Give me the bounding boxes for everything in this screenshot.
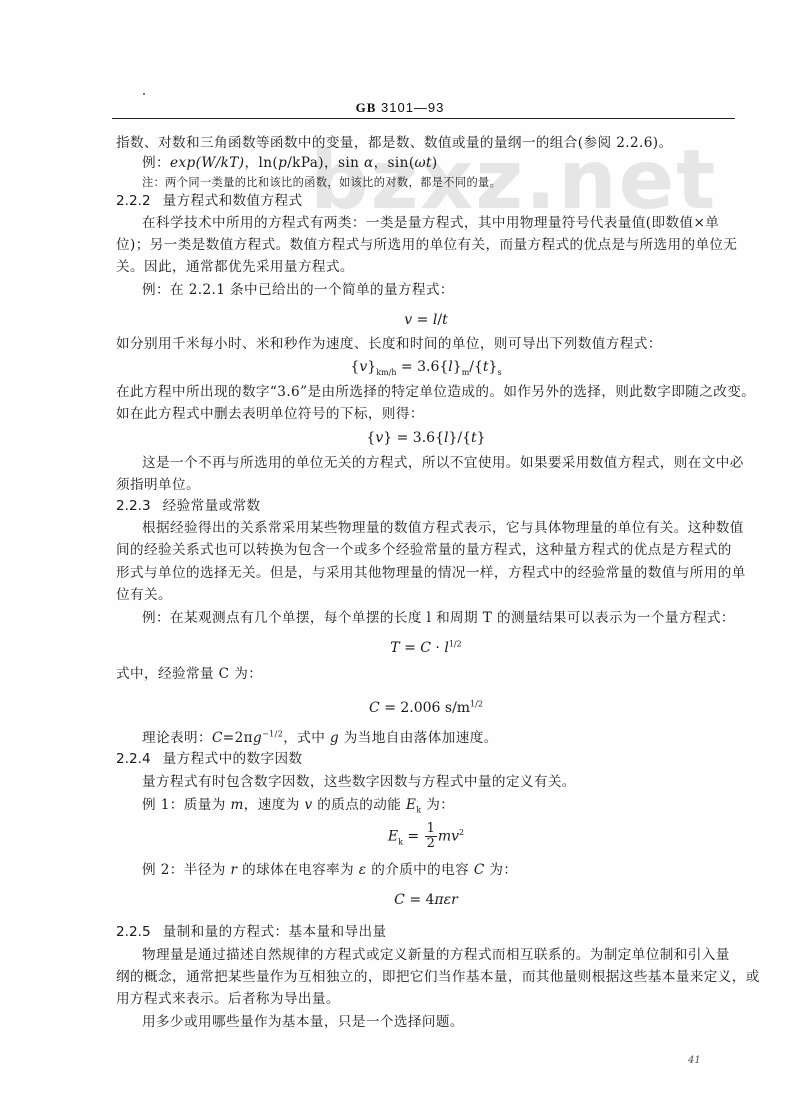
example-expressions: exp(W/kT)，ln(p/kPa)，sin α，sin(ωt) xyxy=(170,155,438,171)
formula-numeric-no-units: {v} = 3.6{l}/{t} xyxy=(116,428,736,448)
example-text: 例：在 2.2.1 条中已给出的一个简单的量方程式： xyxy=(142,281,454,299)
running-header: GB 3101—93 xyxy=(0,100,800,116)
section-number: 2.2.3 xyxy=(116,498,151,514)
example-text: 例 2：半径为 r 的球体在电容率为 ε 的介质中的电容 C 为： xyxy=(142,861,517,879)
section-number: 2.2.4 xyxy=(116,751,151,767)
section-number: 2.2.5 xyxy=(116,924,151,940)
section-title: 量方程式和数值方程式 xyxy=(163,193,303,209)
formula-v-equals-l-over-t: v = l/t xyxy=(116,310,736,330)
paragraph-line: 关。因此，通常都优先采用量方程式。 xyxy=(116,258,354,276)
paragraph-line: 如在此方程式中删去表明单位符号的下标，则得： xyxy=(116,405,424,423)
paragraph-line: 用多少或用哪些量作为基本量，只是一个选择问题。 xyxy=(142,1013,464,1031)
paragraph-line: 这是一个不再与所选用的单位无关的方程式，所以不宜使用。如果要采用数值方程式，则在… xyxy=(142,454,744,472)
paragraph-line: 纲的概念，通常把某些量作为互相独立的，即把它们当作基本量，而其他量则根据这些基本… xyxy=(116,968,760,986)
formula-empirical-constant: C = 2.006 s/m1/2 xyxy=(116,698,736,718)
header-rule xyxy=(112,118,735,119)
paragraph-line: 位有关。 xyxy=(116,586,172,604)
section-number: 2.2.2 xyxy=(116,193,151,209)
example-label: 例： xyxy=(142,155,170,171)
standard-code: GB xyxy=(356,100,377,115)
section-title: 经验常量或常数 xyxy=(163,498,261,514)
example-text: 例 1：质量为 m，速度为 v 的质点的动能 Ek 为： xyxy=(142,796,454,814)
paragraph-line: 式中，经验常量 C 为： xyxy=(116,665,262,683)
section-heading-2-2-4: 2.2.4量方程式中的数字因数 xyxy=(116,750,303,768)
paragraph-line: 根据经验得出的关系常采用某些物理量的数值方程式表示，它与具体物理量的单位有关。这… xyxy=(142,519,744,537)
section-title: 量方程式中的数字因数 xyxy=(163,751,303,767)
standard-number: 3101—93 xyxy=(381,100,444,115)
formula-pendulum: T = C · l1/2 xyxy=(116,638,736,658)
paragraph-line: 形式与单位的选择无关。但是，与采用其他物理量的情况一样，方程式中的经验常量的数值… xyxy=(116,564,746,582)
paragraph-line: 指数、对数和三角函数等函数中的变量，都是数、数值或量的量纲一的组合(参阅 2.2… xyxy=(116,134,673,152)
formula-numeric-kmh: {v}km/h = 3.6{l}m/{t}s xyxy=(116,357,736,377)
paragraph-line: 位)；另一类是数值方程式。数值方程式与所选用的单位有关，而量方程式的优点是与所选… xyxy=(116,236,737,254)
document-page: GB 3101—93 bzxz.net 指数、对数和三角函数等函数中的变量，都是… xyxy=(0,0,800,1110)
paragraph-line: 间的经验关系式也可以转换为包含一个或多个经验常量的量方程式，这种量方程式的优点是… xyxy=(116,541,732,559)
paragraph-line: 如分别用千米每小时、米和秒作为速度、长度和时间的单位，则可导出下列数值方程式： xyxy=(116,335,662,353)
paragraph-line: 理论表明：C=2πg−1/2，式中 g 为当地自由落体加速度。 xyxy=(142,729,498,747)
section-title: 量制和量的方程式：基本量和导出量 xyxy=(163,924,387,940)
formula-capacitance: C = 4πεr xyxy=(116,890,736,910)
section-heading-2-2-2: 2.2.2量方程式和数值方程式 xyxy=(116,192,303,210)
scan-speck xyxy=(143,93,145,95)
note: 注：两个同一类量的比和该比的函数，如该比的对数，都是不同的量。 xyxy=(142,174,501,192)
paragraph-line: 物理量是通过描述自然规律的方程式或定义新量的方程式而相互联系的。为制定单位制和引… xyxy=(142,946,730,964)
section-heading-2-2-5: 2.2.5量制和量的方程式：基本量和导出量 xyxy=(116,923,387,941)
page-number: 41 xyxy=(688,1055,701,1066)
intro-example: 例：exp(W/kT)，ln(p/kPa)，sin α，sin(ωt) xyxy=(142,154,438,172)
paragraph-line: 在科学技术中所用的方程式有两类：一类是量方程式，其中用物理量符号代表量值(即数值… xyxy=(142,214,719,232)
formula-kinetic-energy: Ek = 12mv2 xyxy=(116,822,736,851)
example-text: 例：在某观测点有几个单摆，每个单摆的长度 l 和周期 T 的测量结果可以表示为一… xyxy=(142,609,735,627)
paragraph-line: 在此方程中所出现的数字“3.6”是由所选择的特定单位造成的。如作另外的选择，则此… xyxy=(116,383,755,401)
section-heading-2-2-3: 2.2.3经验常量或常数 xyxy=(116,497,261,515)
paragraph-line: 须指明单位。 xyxy=(116,476,200,494)
paragraph-line: 量方程式有时包含数字因数，这些数字因数与方程式中量的定义有关。 xyxy=(142,773,576,791)
paragraph-line: 用方程式来表示。后者称为导出量。 xyxy=(116,990,340,1008)
